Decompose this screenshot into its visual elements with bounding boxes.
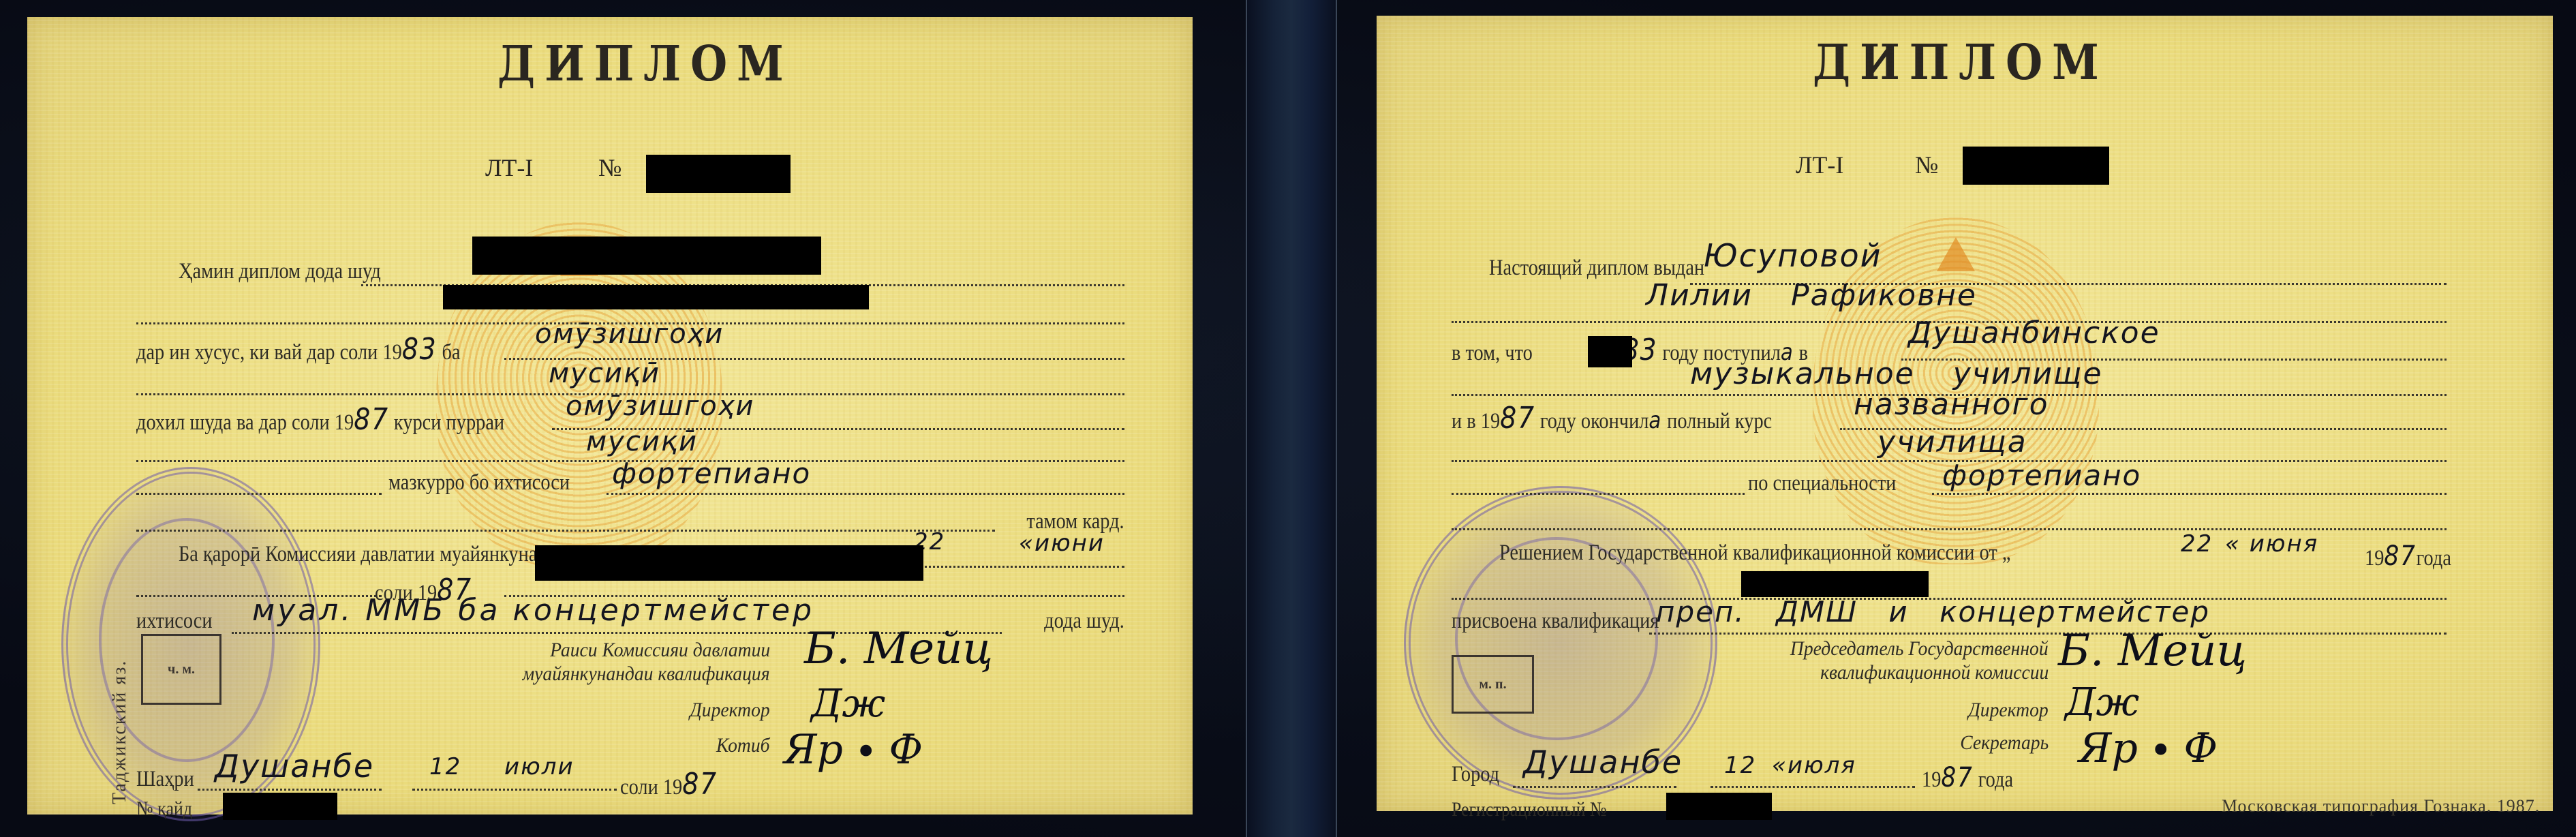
cover-spine xyxy=(1246,0,1337,837)
date-year-suffix: года xyxy=(1978,767,2013,792)
qualification-label: ихтисоси xyxy=(136,609,213,634)
diploma-page-russian: ДИПЛОМ ЛТ-I № Настоящий диплом выдан Юсу… xyxy=(1377,16,2553,811)
chairman-signature: Б. Мейц xyxy=(804,624,993,674)
specialty-line-right xyxy=(607,493,1124,495)
redacted-registration-number xyxy=(1666,793,1772,820)
enrolled-institution-2: мусиқӣ xyxy=(549,358,660,389)
completed-line xyxy=(136,530,995,532)
date-year-label: соли 1987 xyxy=(620,767,718,802)
date-year: 87 xyxy=(682,767,718,802)
graduated-year: 87 xyxy=(1500,401,1535,436)
number-sign: № xyxy=(1915,151,1938,179)
enrolled-year: 83 xyxy=(402,332,438,367)
qualification-value: преп. ДМШ и концертмейстер xyxy=(1656,595,2210,628)
series-label: ЛТ-I xyxy=(485,153,533,182)
number-sign: № xyxy=(598,153,622,182)
enrolled-text-2: ба xyxy=(442,340,461,365)
emblem-star-icon xyxy=(1937,237,1975,271)
chairman-title-1: Председатель Государственной xyxy=(1790,637,2049,660)
date-year-value: 87 xyxy=(1941,762,1973,793)
enrolled-institution-1: омӯзишгоҳи xyxy=(535,318,724,350)
issued-to-label: Настоящий диплом выдан xyxy=(1489,256,1704,281)
redacted-diploma-number xyxy=(1963,147,2109,185)
director-title: Директор xyxy=(1968,699,2049,722)
decision-month: « июня xyxy=(2225,530,2318,558)
printer-imprint: Московская типография Гознака. 1987. xyxy=(2222,796,2540,817)
qualification-line xyxy=(1649,633,2447,635)
redacted-decision-detail xyxy=(535,545,923,581)
side-print-text: Таджикский яз. xyxy=(109,660,131,804)
enrolled-text-1: дар ин хусус, ки вай дар соли 19 xyxy=(136,340,402,365)
enrolled-text: дар ин хусус, ки вай дар соли 1983 ба xyxy=(136,332,461,367)
date-year: 1987 года xyxy=(1922,762,2013,793)
seal-box-label: м. п. xyxy=(1479,677,1506,693)
registration-label: № қайд xyxy=(136,797,192,821)
redacted-diploma-number xyxy=(646,155,791,193)
issued-to-label: Ҳамин диплом дода шуд xyxy=(179,259,381,284)
graduated-course-1: названного xyxy=(1854,387,2049,422)
city-line xyxy=(1513,786,1676,788)
decision-year-prefix: 19 xyxy=(2365,546,2384,570)
date-line xyxy=(412,789,617,791)
registration-label: Регистрационный № xyxy=(1452,798,1607,821)
city-label: Город xyxy=(1452,762,1499,787)
secretary-title: Секретарь xyxy=(1960,731,2049,755)
seal-placement-box: ч. м. xyxy=(141,634,221,705)
seal-box-label: ч. м. xyxy=(168,662,195,678)
date-line xyxy=(1711,786,1915,788)
graduated-text-1: и в 19 xyxy=(1452,409,1500,433)
redacted-registration-number xyxy=(223,793,337,820)
qualification-label: присвоена квалификация xyxy=(1452,609,1659,634)
graduated-text-2: курси пурраи xyxy=(394,410,504,435)
date-year-label-text: соли 19 xyxy=(620,775,682,800)
chairman-signature: Б. Мейц xyxy=(2058,626,2247,676)
graduated-text: дохил шуда ва дар соли 1987 курси пурраи xyxy=(136,402,504,437)
city-label: Шаҳри xyxy=(136,767,194,792)
secretary-title: Котиб xyxy=(716,734,770,757)
decision-year: 1987года xyxy=(2365,541,2451,572)
graduated-text-3: полный курс xyxy=(1667,409,1772,433)
redacted-recipient-name-1 xyxy=(472,237,821,275)
date-month: июли xyxy=(504,753,574,780)
enrolled-text-1: в том, что xyxy=(1452,341,1533,365)
specialty-label: мазкурро бо ихтисоси xyxy=(388,470,570,496)
specialty-line-left xyxy=(1452,493,1745,495)
director-title: Директор xyxy=(690,699,770,722)
decision-line xyxy=(900,566,1124,568)
specialty-value: фортепиано xyxy=(1942,459,2141,492)
graduated-text-2: году окончил xyxy=(1540,409,1649,433)
decision-year-suffix: года xyxy=(2417,546,2451,570)
city-line xyxy=(198,789,382,791)
enrolled-institution-1: Душанбинское xyxy=(1908,316,2160,350)
date-day: 12 xyxy=(1724,752,1756,779)
enrolled-institution-2: музыкальное училище xyxy=(1690,356,2103,391)
graduated-text: и в 1987 году окончила полный курс xyxy=(1452,401,1772,436)
chairman-title-1: Раиси Комиссияи давлатии xyxy=(550,639,770,662)
specialty-value: фортепиано xyxy=(612,457,811,490)
date-day: 12 xyxy=(429,753,461,780)
graduated-year: 87 xyxy=(354,402,389,437)
issued-to-name: Лилии Рафиковне xyxy=(1646,278,1977,313)
graduated-institution-2: мусиқӣ xyxy=(586,426,698,457)
redacted-enrolled-pronoun xyxy=(1588,336,1632,367)
issued-to-surname: Юсуповой xyxy=(1704,237,1882,274)
qualification-value: муал. ММБ ба концертмейстер xyxy=(252,593,814,628)
specialty-label: по специальности xyxy=(1748,471,1896,496)
decision-month: «июни xyxy=(1019,530,1105,557)
specialty-line-right xyxy=(1932,493,2447,495)
decision-day: 22 xyxy=(2181,530,2213,558)
graduated-institution-1: омӯзишгоҳи xyxy=(566,391,754,422)
redacted-recipient-name-2 xyxy=(443,285,869,309)
decision-text: Решением Государственной квалификационно… xyxy=(1499,541,2010,566)
secretary-signature: Яр ∙ Ф xyxy=(784,726,923,774)
diploma-title: ДИПЛОМ xyxy=(497,35,793,93)
series-label: ЛТ-I xyxy=(1796,151,1843,179)
city-value: Душанбе xyxy=(215,748,374,785)
diploma-title: ДИПЛОМ xyxy=(1813,34,2109,91)
diploma-page-tajik: ДИПЛОМ ЛТ-I № Ҳамин диплом дода шуд дар … xyxy=(27,17,1193,815)
specialty-line-left xyxy=(136,493,382,495)
graduated-course-2: училища xyxy=(1877,425,2027,459)
decision-year-value: 87 xyxy=(2384,541,2416,572)
qualification-suffix: дода шуд. xyxy=(1044,609,1124,634)
chairman-title-2: квалификационной комиссии xyxy=(1820,661,2049,684)
date-year-prefix: 19 xyxy=(1922,767,1941,792)
redacted-decision-detail xyxy=(1741,571,1929,597)
director-signature: Дж xyxy=(811,682,885,726)
chairman-title-2: муайянкунандаи квалификация xyxy=(523,663,770,686)
graduated-suffix: а xyxy=(1649,407,1662,434)
date-month: «июля xyxy=(1772,752,1856,779)
city-value: Душанбе xyxy=(1523,744,1683,780)
director-signature: Дж xyxy=(2065,680,2139,725)
seal-placement-box: м. п. xyxy=(1452,655,1534,714)
graduated-text-1: дохил шуда ва дар соли 19 xyxy=(136,410,354,435)
secretary-signature: Яр ∙ Ф xyxy=(2079,725,2218,772)
